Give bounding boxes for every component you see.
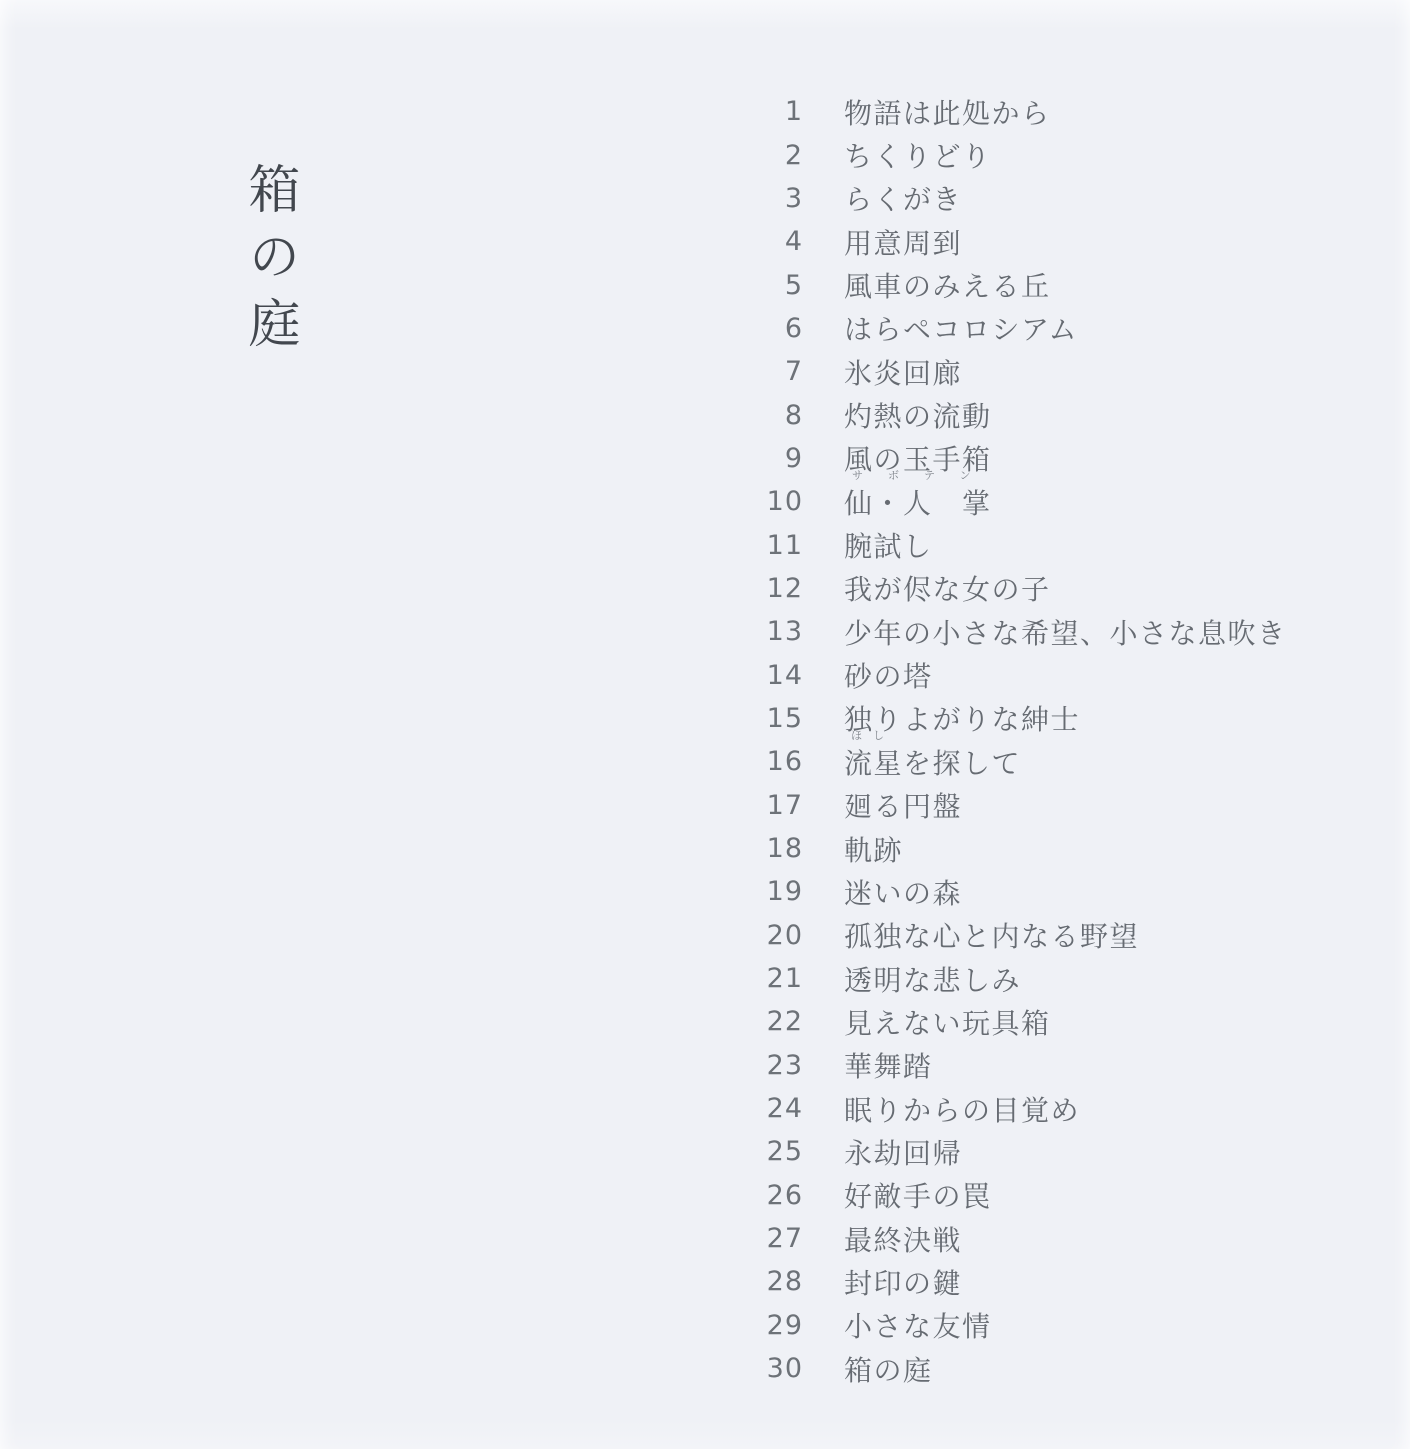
track-title: はらペコロシアム [844, 308, 1078, 348]
track-row: 1物語は此処から [700, 90, 1287, 133]
track-row: 11腕試し [700, 523, 1287, 566]
track-number: 12 [700, 573, 803, 604]
track-title: 廻る円盤 [844, 785, 962, 825]
track-title: 我が侭な女の子 [844, 568, 1051, 608]
track-number: 7 [700, 356, 803, 387]
ruby-base: 流星ほし [844, 742, 903, 782]
track-title: 華舞踏 [844, 1045, 933, 1085]
track-number: 2 [700, 140, 803, 171]
track-row: 30箱の庭 [700, 1347, 1287, 1390]
track-number: 20 [700, 920, 803, 951]
track-row: 26好敵手の罠 [700, 1174, 1287, 1217]
track-row: 23華舞踏 [700, 1044, 1287, 1087]
track-number: 8 [700, 400, 803, 431]
track-title: 流星ほしを探して [844, 742, 1021, 782]
track-list: 1物語は此処から2ちくりどり3らくがき4用意周到5風車のみえる丘6はらペコロシア… [700, 90, 1287, 1390]
track-row: 14砂の塔 [700, 653, 1287, 696]
track-title: 砂の塔 [844, 655, 933, 695]
track-title: 好敵手の罠 [844, 1175, 992, 1215]
track-row: 17廻る円盤 [700, 784, 1287, 827]
track-number: 24 [700, 1093, 803, 1124]
track-number: 26 [700, 1180, 803, 1211]
track-title: 永劫回帰 [844, 1132, 962, 1172]
track-number: 28 [700, 1266, 803, 1297]
track-title: 迷いの森 [844, 872, 962, 912]
track-title: 眠りからの目覚め [844, 1089, 1080, 1129]
track-title: ちくりどり [844, 135, 992, 175]
track-row: 22見えない玩具箱 [700, 1000, 1287, 1043]
track-number: 25 [700, 1136, 803, 1167]
track-row: 3らくがき [700, 177, 1287, 220]
track-number: 21 [700, 963, 803, 994]
furigana: サボテン [852, 470, 995, 481]
track-title: 灼熱の流動 [844, 395, 992, 435]
track-title: 箱の庭 [844, 1349, 933, 1389]
track-number: 11 [700, 530, 803, 561]
track-number: 5 [700, 270, 803, 301]
track-title: 氷炎回廊 [844, 352, 962, 392]
track-title: 腕試し [844, 525, 933, 565]
track-number: 1 [700, 96, 803, 127]
track-title: らくがき [844, 178, 962, 218]
track-number: 17 [700, 790, 803, 821]
track-row: 2ちくりどり [700, 133, 1287, 176]
track-number: 23 [700, 1050, 803, 1081]
track-number: 22 [700, 1006, 803, 1037]
track-title: 封印の鍵 [844, 1262, 962, 1302]
ruby-base: 仙・人 掌サボテン [844, 482, 992, 522]
track-row: 7氷炎回廊 [700, 350, 1287, 393]
album-title: 箱の庭 [243, 162, 295, 363]
track-row: 19迷いの森 [700, 870, 1287, 913]
track-row: 16流星ほしを探して [700, 740, 1287, 783]
track-row: 4用意周到 [700, 220, 1287, 263]
track-row: 13少年の小さな希望、小さな息吹き [700, 610, 1287, 653]
track-number: 13 [700, 616, 803, 647]
track-number: 16 [700, 746, 803, 777]
track-title: 軌跡 [844, 829, 903, 869]
track-row: 5風車のみえる丘 [700, 263, 1287, 306]
track-title: 孤独な心と内なる野望 [844, 915, 1139, 955]
track-title: 少年の小さな希望、小さな息吹き [844, 612, 1287, 652]
track-row: 27最終決戦 [700, 1217, 1287, 1260]
track-number: 30 [700, 1353, 803, 1384]
track-number: 15 [700, 703, 803, 734]
track-title: 物語は此処から [844, 92, 1051, 132]
booklet-page: 箱の庭 1物語は此処から2ちくりどり3らくがき4用意周到5風車のみえる丘6はらペ… [0, 0, 1410, 1449]
track-title: 最終決戦 [844, 1219, 962, 1259]
track-title: 透明な悲しみ [844, 959, 1021, 999]
track-row: 20孤独な心と内なる野望 [700, 914, 1287, 957]
track-title: 仙・人 掌サボテン [844, 482, 992, 522]
track-row: 25永劫回帰 [700, 1130, 1287, 1173]
track-number: 4 [700, 226, 803, 257]
track-number: 10 [700, 486, 803, 517]
track-row: 24眠りからの目覚め [700, 1087, 1287, 1130]
track-row: 6はらペコロシアム [700, 307, 1287, 350]
track-number: 27 [700, 1223, 803, 1254]
track-number: 19 [700, 876, 803, 907]
track-number: 18 [700, 833, 803, 864]
track-title: 見えない玩具箱 [844, 1002, 1051, 1042]
furigana: ほし [851, 730, 895, 741]
track-number: 6 [700, 313, 803, 344]
track-row: 15独りよがりな紳士 [700, 697, 1287, 740]
track-title: 風車のみえる丘 [844, 265, 1051, 305]
track-row: 18軌跡 [700, 827, 1287, 870]
track-row: 10仙・人 掌サボテン [700, 480, 1287, 523]
track-number: 3 [700, 183, 803, 214]
track-row: 28封印の鍵 [700, 1260, 1287, 1303]
track-title: 用意周到 [844, 222, 962, 262]
track-row: 12我が侭な女の子 [700, 567, 1287, 610]
track-number: 14 [700, 660, 803, 691]
track-number: 29 [700, 1310, 803, 1341]
track-row: 21透明な悲しみ [700, 957, 1287, 1000]
track-row: 8灼熱の流動 [700, 393, 1287, 436]
track-row: 29小さな友情 [700, 1304, 1287, 1347]
track-number: 9 [700, 443, 803, 474]
track-title: 小さな友情 [844, 1305, 992, 1345]
